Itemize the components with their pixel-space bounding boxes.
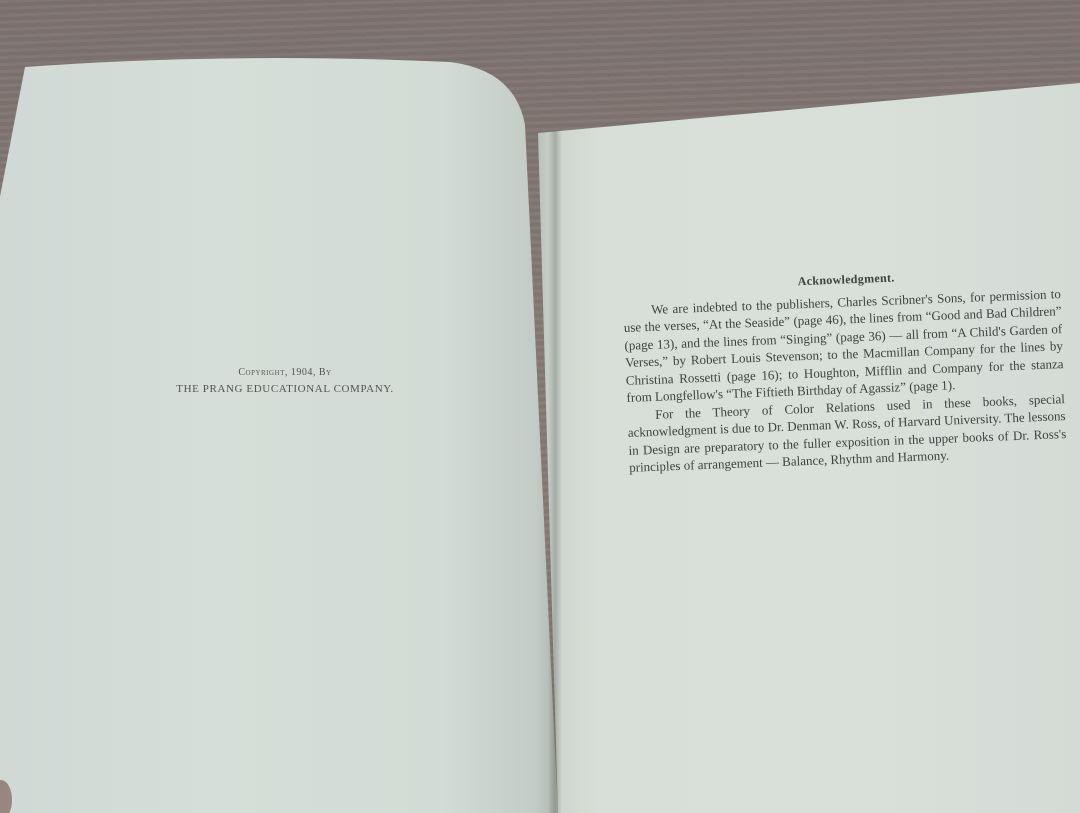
acknowledgment-section: Acknowledgment. We are indebted to the p… bbox=[622, 263, 1067, 476]
left-page bbox=[0, 0, 560, 813]
book-gutter bbox=[548, 130, 562, 813]
publisher-name: THE PRANG EDUCATIONAL COMPANY. bbox=[150, 381, 420, 398]
acknowledgment-paragraph: We are indebted to the publishers, Charl… bbox=[623, 285, 1065, 407]
copyright-notice: Copyright, 1904, By THE PRANG EDUCATIONA… bbox=[150, 364, 420, 398]
copyright-line: Copyright, 1904, By bbox=[150, 364, 420, 381]
